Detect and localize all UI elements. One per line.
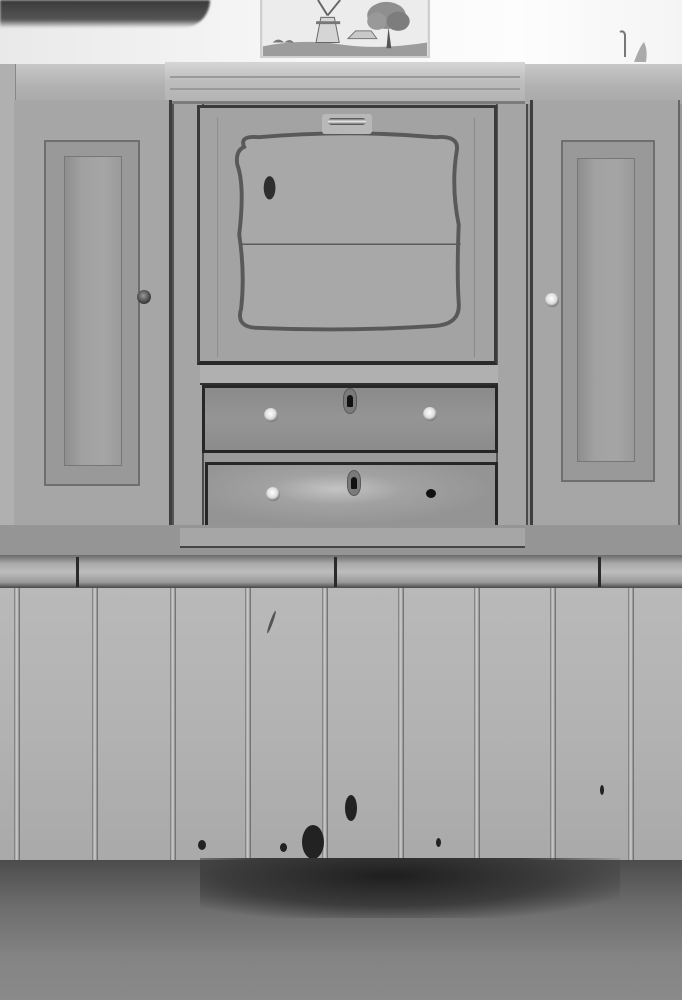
photograph bbox=[0, 0, 688, 1000]
framed-windmill-picture bbox=[260, 0, 430, 58]
lower-drawer-left-knob[interactable] bbox=[266, 487, 280, 501]
left-door-knob[interactable] bbox=[137, 290, 151, 304]
center-crown-molding bbox=[165, 62, 525, 104]
windmill-scene-icon bbox=[262, 0, 428, 56]
left-cabinet-door[interactable] bbox=[14, 100, 172, 525]
bead-groove bbox=[322, 588, 328, 868]
wall-stain bbox=[600, 785, 604, 795]
bead-groove bbox=[170, 588, 176, 868]
missing-knob-hole bbox=[426, 489, 436, 498]
keyhole-icon bbox=[347, 395, 353, 407]
bead-groove bbox=[474, 588, 480, 868]
bead-groove bbox=[628, 588, 634, 868]
beadboard-wainscot bbox=[0, 588, 688, 878]
right-door-knob[interactable] bbox=[545, 293, 559, 307]
bead-groove bbox=[245, 588, 251, 868]
wall-stain bbox=[345, 795, 357, 821]
dark-shadow bbox=[0, 0, 210, 28]
upper-drawer-right-knob[interactable] bbox=[423, 407, 437, 421]
left-door-panel bbox=[44, 140, 140, 486]
heron-figure-icon bbox=[612, 28, 652, 62]
molding-joint bbox=[76, 557, 79, 587]
right-cabinet-door[interactable] bbox=[530, 100, 680, 525]
molding-joint bbox=[598, 557, 601, 587]
lower-drawer[interactable] bbox=[205, 462, 498, 528]
upper-drawer-escutcheon bbox=[343, 388, 357, 414]
scalloped-border-icon bbox=[200, 108, 494, 361]
chair-rail-molding bbox=[0, 555, 688, 589]
upper-drawer-left-knob[interactable] bbox=[264, 408, 278, 422]
floor-wear-shadow bbox=[200, 858, 620, 918]
bead-groove bbox=[550, 588, 556, 868]
wall-stain bbox=[280, 843, 287, 852]
wall-stain bbox=[302, 825, 324, 859]
upper-drawer[interactable] bbox=[202, 385, 498, 453]
wall-stain bbox=[436, 838, 441, 847]
drop-front-secretary-panel[interactable] bbox=[197, 105, 497, 365]
drop-front-bail-pull[interactable] bbox=[328, 118, 366, 125]
drawer-rail bbox=[200, 365, 498, 385]
cornice-line bbox=[170, 88, 520, 90]
molding-joint bbox=[334, 557, 337, 587]
wall-stain bbox=[198, 840, 206, 850]
photo-border bbox=[682, 0, 688, 1000]
bead-groove bbox=[92, 588, 98, 868]
left-door-raised-panel bbox=[64, 156, 122, 466]
right-door-raised-panel bbox=[577, 158, 635, 462]
cornice-line bbox=[170, 76, 520, 78]
right-stile bbox=[496, 104, 528, 546]
bead-groove bbox=[398, 588, 404, 868]
bead-groove bbox=[14, 588, 20, 868]
keyhole-icon bbox=[351, 477, 357, 489]
lower-drawer-escutcheon bbox=[347, 470, 361, 496]
lower-rail bbox=[180, 528, 525, 548]
right-door-panel bbox=[561, 140, 655, 482]
